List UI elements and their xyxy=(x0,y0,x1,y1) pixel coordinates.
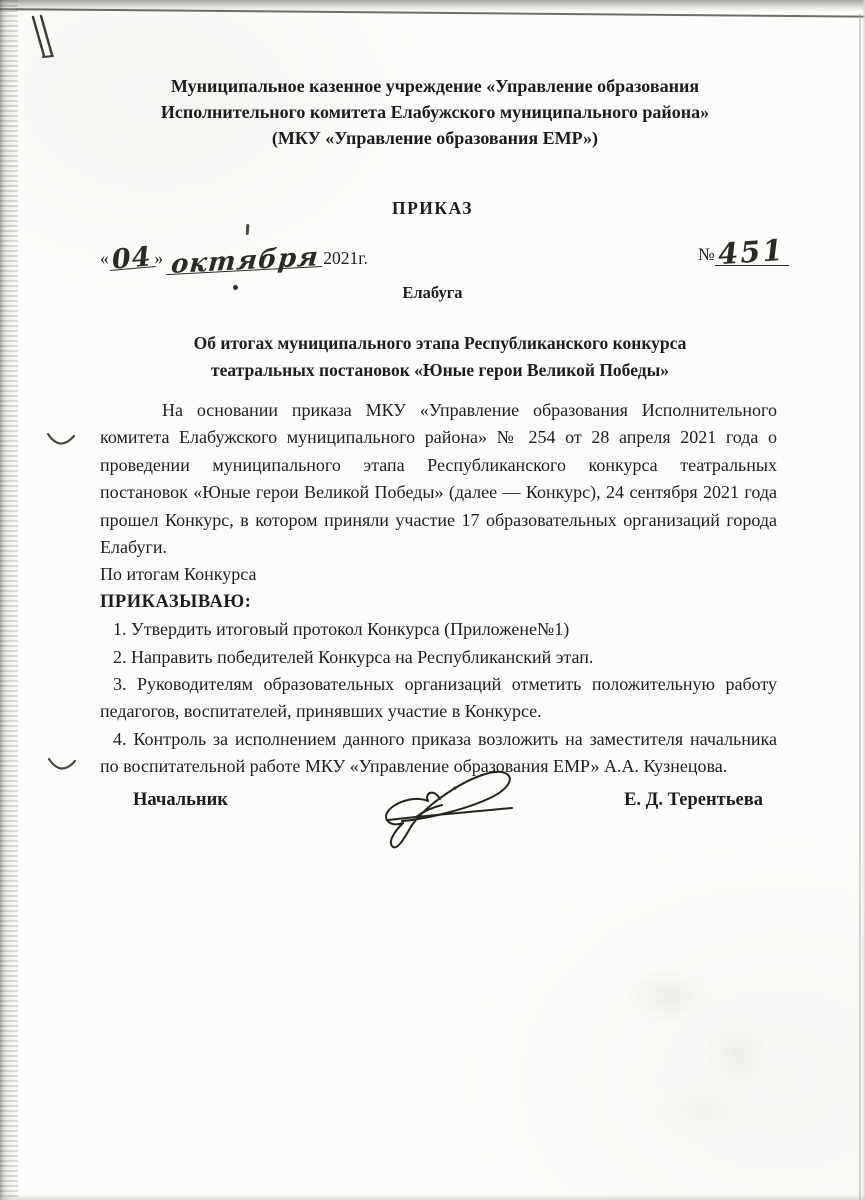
punch-hole-arc-icon xyxy=(46,430,76,452)
order-subject-line1: Об итогах муниципального этапа Республик… xyxy=(130,330,750,357)
order-subject: Об итогах муниципального этапа Республик… xyxy=(130,330,750,384)
handwritten-month: октября xyxy=(167,248,324,275)
date-year: 2021г. xyxy=(323,248,368,268)
body-paragraph-main: На основании приказа МКУ «Управление обр… xyxy=(100,397,777,561)
document-type-title: ПРИКАЗ xyxy=(0,198,865,219)
close-quote: » xyxy=(154,248,163,268)
scan-bottom-shade xyxy=(0,1194,865,1200)
punch-hole-arc-icon xyxy=(47,755,77,777)
signer-name: Е. Д. Терентьева xyxy=(624,790,763,811)
order-word: ПРИКАЗЫВАЮ: xyxy=(100,589,777,616)
date-number-row: «04» октября2021г. №451 xyxy=(100,228,790,290)
order-item-3: 3. Руководителям образовательных организ… xyxy=(100,671,777,726)
org-header-line3: (МКУ «Управление образования ЕМР») xyxy=(105,125,765,151)
open-quote: « xyxy=(100,248,109,268)
document-number: №451 xyxy=(698,244,789,266)
document-date: «04» октября2021г. xyxy=(100,248,368,271)
handwritten-signature xyxy=(372,757,522,852)
order-item-1: 1. Утвердить итоговый протокол Конкурса … xyxy=(100,616,777,643)
org-header-line1: Муниципальное казенное учреждение «Управ… xyxy=(105,73,765,99)
scan-left-edge xyxy=(0,0,18,1200)
organization-header: Муниципальное казенное учреждение «Управ… xyxy=(105,73,765,151)
order-subject-line2: театральных постановок «Юные герои Велик… xyxy=(130,357,750,384)
handwritten-check-mark-icon xyxy=(28,12,60,62)
scan-right-edge-line xyxy=(859,14,861,1200)
city-name: Елабуга xyxy=(0,283,865,303)
handwritten-day: 04 xyxy=(108,248,155,271)
order-body: На основании приказа МКУ «Управление обр… xyxy=(100,397,777,781)
scanned-order-document: Муниципальное казенное учреждение «Управ… xyxy=(0,0,865,1200)
org-header-line2: Исполнительного комитета Елабужского мун… xyxy=(105,99,765,125)
body-paragraph-lead: По итогам Конкурса xyxy=(100,561,777,588)
page-bleed-through-ghost xyxy=(600,950,830,1180)
signer-position: Начальник xyxy=(133,790,228,811)
handwritten-number: 451 xyxy=(718,242,786,263)
number-label: № xyxy=(698,244,715,264)
order-item-2: 2. Направить победителей Конкурса на Рес… xyxy=(100,644,777,671)
